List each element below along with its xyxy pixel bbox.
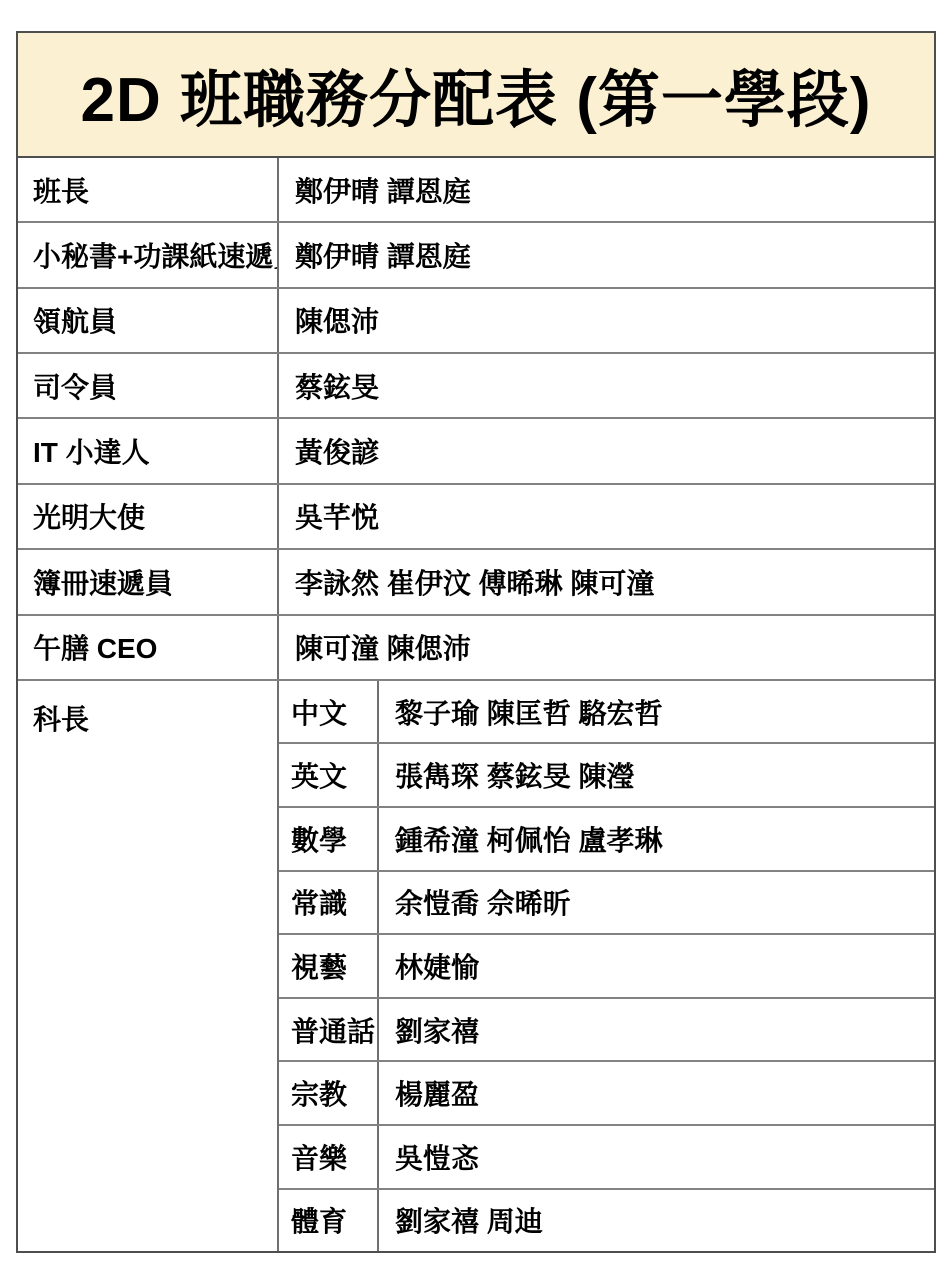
names-cell: 吳愷忞	[379, 1126, 934, 1188]
subject-cell: 音樂	[279, 1126, 379, 1188]
table-body: 班長 鄭伊晴 譚恩庭 小秘書+功課紙速遞員 鄭伊晴 譚恩庭 領航員 陳偲沛 司令…	[18, 158, 934, 1251]
role-cell: 光明大使	[18, 485, 279, 548]
table-header-band: 2D 班職務分配表 (第一學段)	[18, 33, 934, 158]
subject-cell: 宗教	[279, 1062, 379, 1124]
subject-row: 宗教 楊麗盈	[279, 1062, 934, 1126]
subject-row: 體育 劉家禧 周迪	[279, 1190, 934, 1252]
role-cell: 科長	[18, 681, 279, 1251]
subject-cell: 普通話	[279, 999, 379, 1061]
names-cell: 李詠然 崔伊汶 傅晞琳 陳可潼	[279, 550, 934, 613]
subject-cell: 視藝	[279, 935, 379, 997]
subject-cell: 體育	[279, 1190, 379, 1252]
names-cell: 張雋琛 蔡鉉旻 陳瀅	[379, 744, 934, 806]
subject-row: 數學 鍾希潼 柯佩怡 盧孝琳	[279, 808, 934, 872]
names-cell: 劉家禧	[379, 999, 934, 1061]
role-cell: 領航員	[18, 289, 279, 352]
role-cell: 司令員	[18, 354, 279, 417]
names-cell: 楊麗盈	[379, 1062, 934, 1124]
role-cell: 午膳 CEO	[18, 616, 279, 679]
role-cell: 簿冊速遞員	[18, 550, 279, 613]
table-row: 小秘書+功課紙速遞員 鄭伊晴 譚恩庭	[18, 223, 934, 288]
table-row: 光明大使 吳芊悦	[18, 485, 934, 550]
names-cell: 黃俊諺	[279, 419, 934, 482]
subject-row: 普通話 劉家禧	[279, 999, 934, 1063]
names-cell: 鄭伊晴 譚恩庭	[279, 158, 934, 221]
names-cell: 黎子瑜 陳匡哲 駱宏哲	[379, 681, 934, 743]
section-row-subject-leads: 科長 中文 黎子瑜 陳匡哲 駱宏哲 英文 張雋琛 蔡鉉旻 陳瀅 數學 鍾希潼 柯…	[18, 681, 934, 1251]
names-cell: 陳偲沛	[279, 289, 934, 352]
subject-cell: 英文	[279, 744, 379, 806]
subject-cell: 常識	[279, 872, 379, 934]
subject-row: 中文 黎子瑜 陳匡哲 駱宏哲	[279, 681, 934, 745]
page: { "title": "2D 班職務分配表 (第一學段)", "theme": …	[0, 0, 938, 1280]
role-cell: 小秘書+功課紙速遞員	[18, 223, 279, 286]
table-row: 簿冊速遞員 李詠然 崔伊汶 傅晞琳 陳可潼	[18, 550, 934, 615]
names-cell: 林婕愉	[379, 935, 934, 997]
role-cell: 班長	[18, 158, 279, 221]
table-row: 午膳 CEO 陳可潼 陳偲沛	[18, 616, 934, 681]
names-cell: 鍾希潼 柯佩怡 盧孝琳	[379, 808, 934, 870]
subject-cell: 數學	[279, 808, 379, 870]
names-cell: 陳可潼 陳偲沛	[279, 616, 934, 679]
subject-cell: 中文	[279, 681, 379, 743]
duty-table: 2D 班職務分配表 (第一學段) 班長 鄭伊晴 譚恩庭 小秘書+功課紙速遞員 鄭…	[16, 31, 936, 1253]
table-row: 領航員 陳偲沛	[18, 289, 934, 354]
subject-row: 英文 張雋琛 蔡鉉旻 陳瀅	[279, 744, 934, 808]
subject-row: 視藝 林婕愉	[279, 935, 934, 999]
subject-row: 音樂 吳愷忞	[279, 1126, 934, 1190]
table-row: 班長 鄭伊晴 譚恩庭	[18, 158, 934, 223]
table-row: 司令員 蔡鉉旻	[18, 354, 934, 419]
names-cell: 鄭伊晴 譚恩庭	[279, 223, 934, 286]
names-cell: 吳芊悦	[279, 485, 934, 548]
role-cell: IT 小達人	[18, 419, 279, 482]
page-title: 2D 班職務分配表 (第一學段)	[80, 50, 871, 139]
table-row: IT 小達人 黃俊諺	[18, 419, 934, 484]
names-cell: 劉家禧 周迪	[379, 1190, 934, 1252]
names-cell: 蔡鉉旻	[279, 354, 934, 417]
subject-row: 常識 余愷喬 佘晞昕	[279, 872, 934, 936]
names-cell: 余愷喬 佘晞昕	[379, 872, 934, 934]
subject-subrows: 中文 黎子瑜 陳匡哲 駱宏哲 英文 張雋琛 蔡鉉旻 陳瀅 數學 鍾希潼 柯佩怡 …	[279, 681, 934, 1251]
